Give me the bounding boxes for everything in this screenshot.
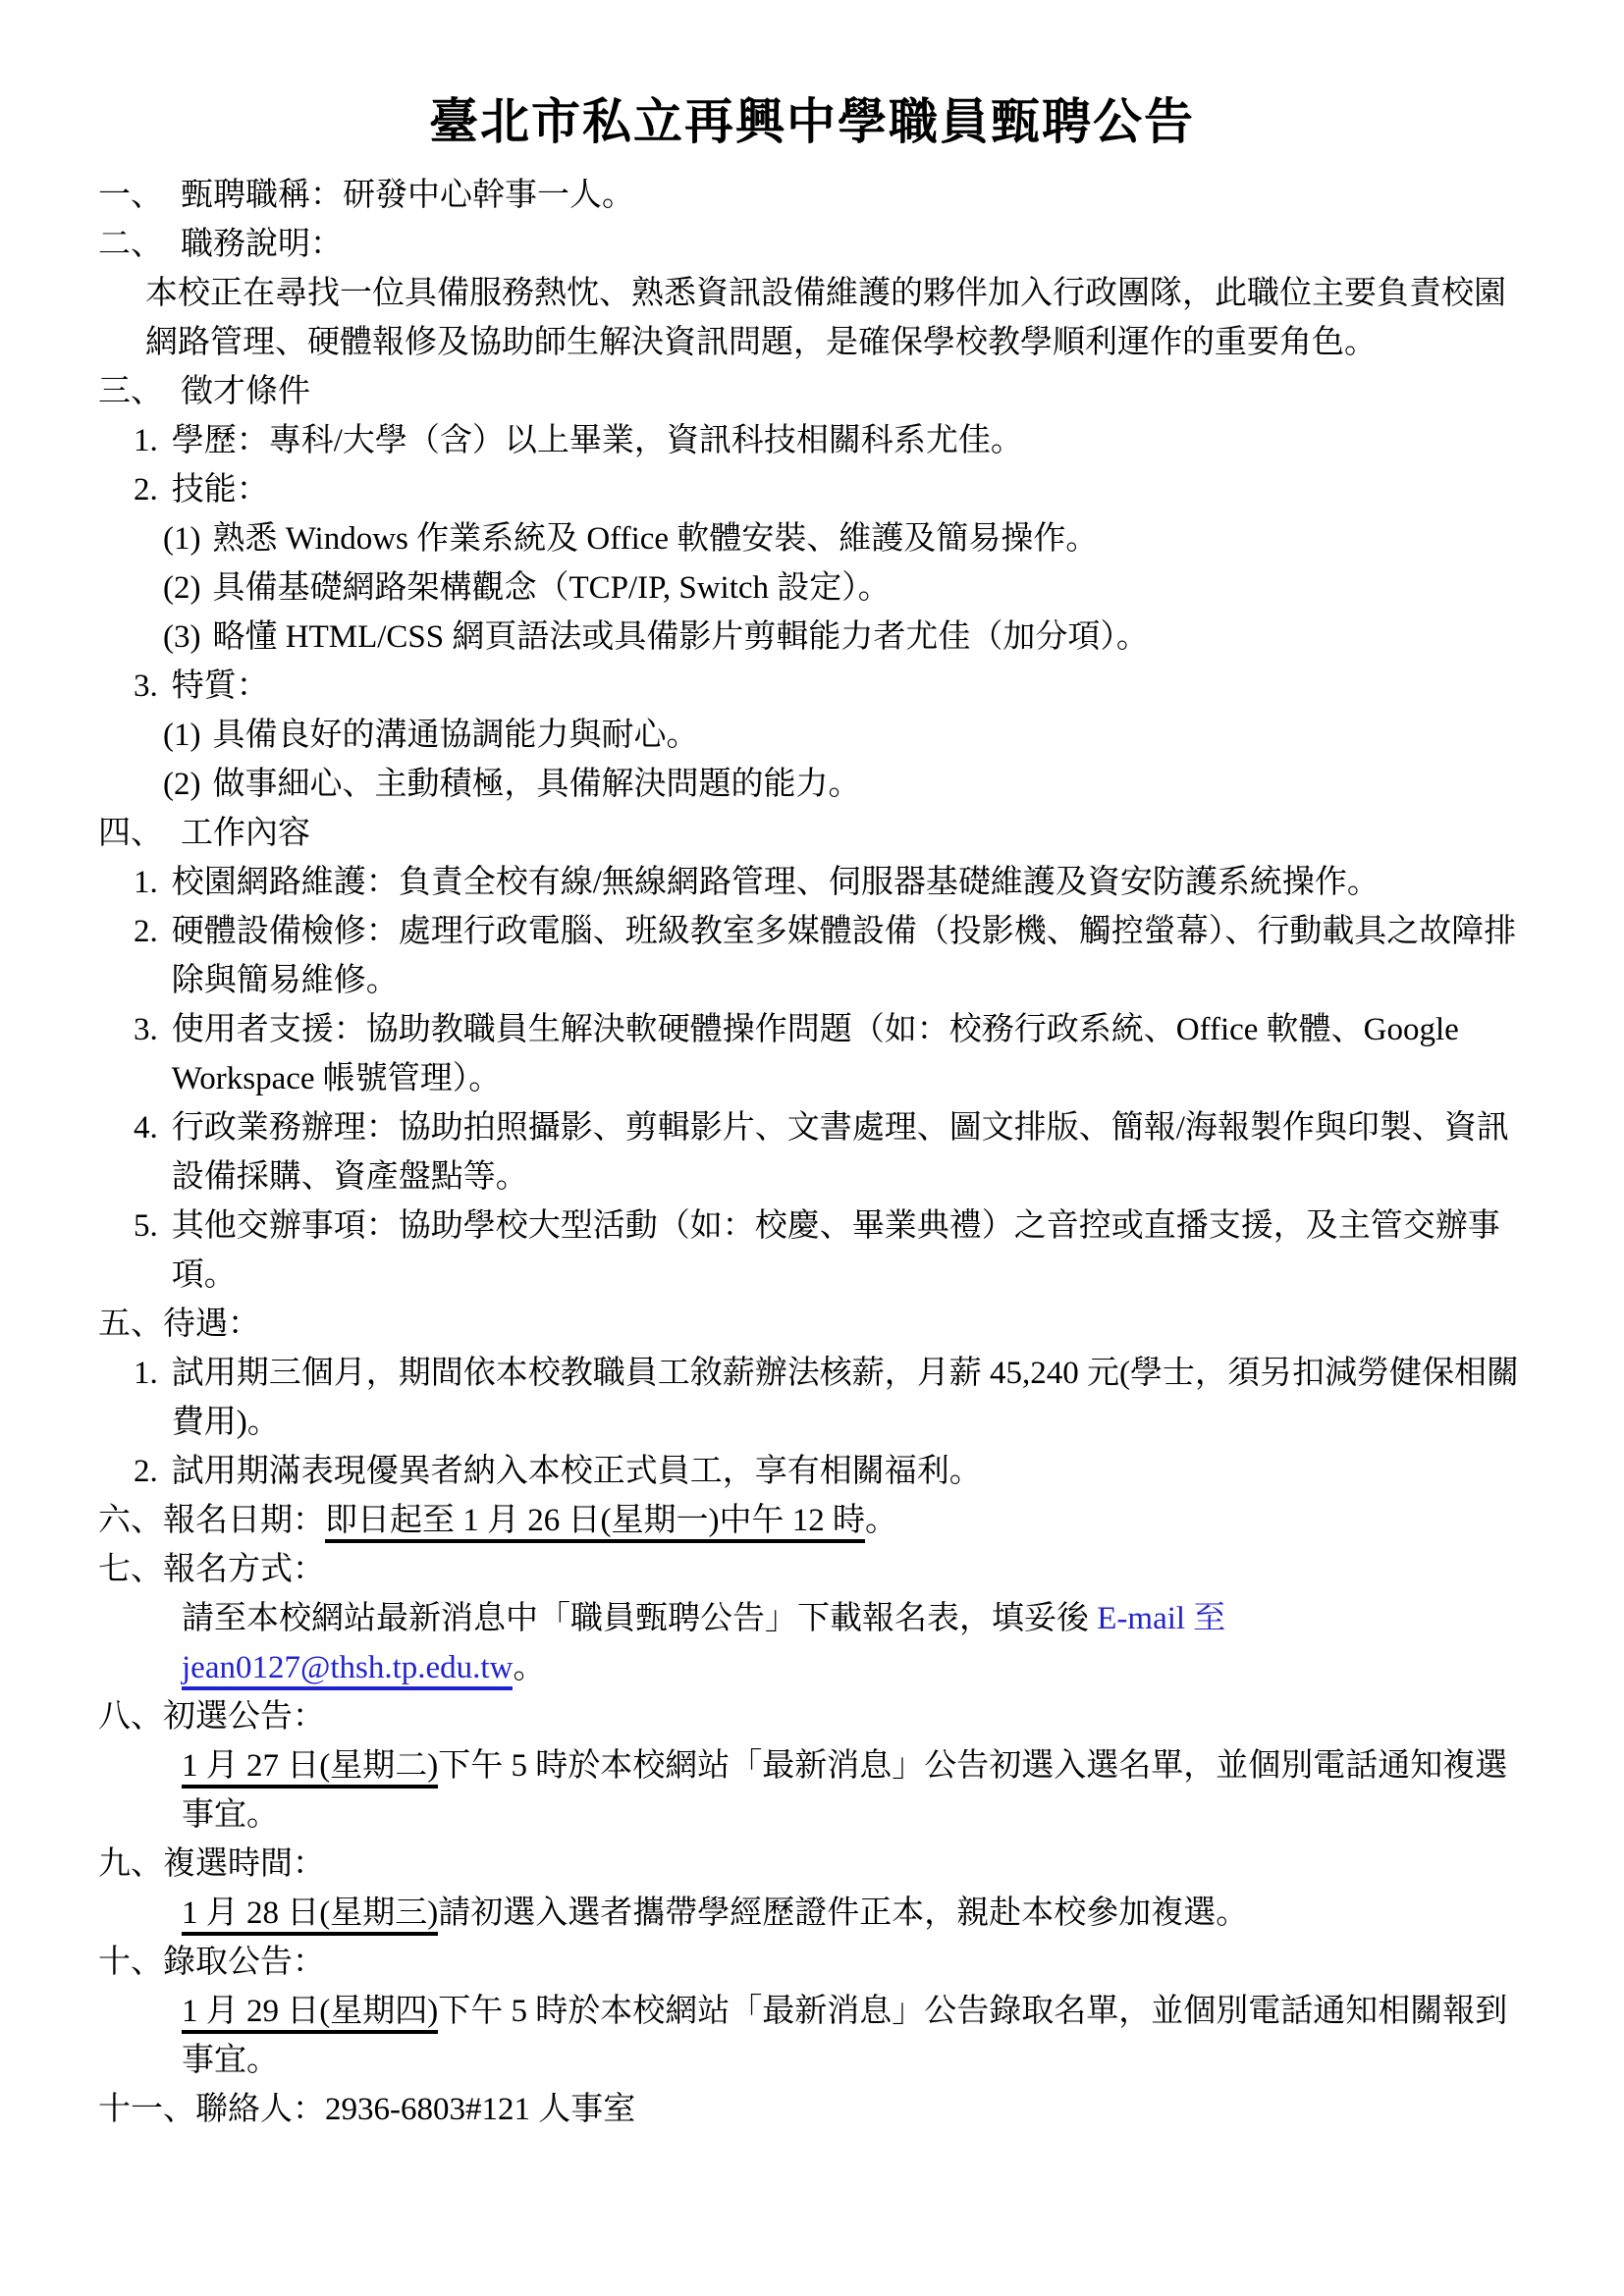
section-6-number: 六、 <box>98 1496 163 1545</box>
item-number: 2. <box>134 1447 158 1496</box>
section-10-paragraph: 1 月 29 日(星期四)下午 5 時於本校網站「最新消息」公告錄取名單，並個別… <box>182 1987 1526 2085</box>
section-3-item-3: 3. 特質： <box>134 662 1526 711</box>
section-3-item-3-sub-2: (2) 做事細心、主動積極，具備解決問題的能力。 <box>163 760 1526 809</box>
section-3-item-2-sub-1: (1) 熟悉 Windows 作業系統及 Office 軟體安裝、維護及簡易操作… <box>163 514 1526 563</box>
section-3-number: 三、 <box>98 367 163 416</box>
section-4-heading: 工作內容 <box>181 809 1526 858</box>
section-8-heading: 初選公告： <box>163 1692 1526 1741</box>
section-10-number: 十、 <box>98 1938 163 1987</box>
first-round-date-underlined: 1 月 27 日(星期二) <box>182 1748 438 1789</box>
section-4-item-5: 5. 其他交辦事項：協助學校大型活動（如：校慶、畢業典禮）之音控或直播支援，及主… <box>134 1201 1526 1300</box>
item-text: 特質： <box>172 662 1526 711</box>
sub-item-number: (1) <box>163 711 200 760</box>
section-5-item-1: 1. 試用期三個月，期間依本校教職員工敘薪辦法核薪，月薪 45,240 元(學士… <box>134 1349 1526 1447</box>
sub-item-text: 熟悉 Windows 作業系統及 Office 軟體安裝、維護及簡易操作。 <box>212 514 1526 563</box>
section-1: 一、 甄聘職稱：研發中心幹事一人。 <box>98 171 1526 220</box>
section-8-number: 八、 <box>98 1692 163 1741</box>
email-tail: 。 <box>513 1650 545 1685</box>
item-number: 2. <box>134 465 158 514</box>
section-7-paragraph: 請至本校網站最新消息中「職員甄聘公告」下載報名表，填妥後 E-mail 至 je… <box>182 1594 1526 1692</box>
sub-item-number: (2) <box>163 563 200 613</box>
sub-item-text: 略懂 HTML/CSS 網頁語法或具備影片剪輯能力者尤佳（加分項）。 <box>212 613 1526 662</box>
item-text: 技能： <box>172 465 1526 514</box>
section-4: 四、 工作內容 <box>98 809 1526 858</box>
sub-item-text: 具備良好的溝通協調能力與耐心。 <box>212 711 1526 760</box>
email-lead-in: E-mail 至 <box>1097 1601 1225 1636</box>
section-11: 十一、 聯絡人：2936-6803#121 人事室 <box>98 2085 1526 2134</box>
section-10-heading: 錄取公告： <box>163 1938 1526 1987</box>
section-4-item-2: 2. 硬體設備檢修：處理行政電腦、班級教室多媒體設備（投影機、觸控螢幕）、行動載… <box>134 907 1526 1005</box>
section-3-item-1: 1. 學歷：專科/大學（含）以上畢業，資訊科技相關科系尤佳。 <box>134 416 1526 465</box>
section-7-paragraph-text: 請至本校網站最新消息中「職員甄聘公告」下載報名表，填妥後 <box>182 1601 1097 1636</box>
section-4-item-3: 3. 使用者支援：協助教職員生解決軟硬體操作問題（如：校務行政系統、Office… <box>134 1005 1526 1103</box>
section-4-number: 四、 <box>98 809 163 858</box>
second-round-date-underlined: 1 月 28 日(星期三) <box>182 1896 438 1936</box>
section-6-label: 報名日期： <box>163 1503 325 1538</box>
item-number: 4. <box>134 1103 158 1152</box>
section-3-item-3-sub-1: (1) 具備良好的溝通協調能力與耐心。 <box>163 711 1526 760</box>
email-link[interactable]: jean0127@thsh.tp.edu.tw <box>182 1650 513 1690</box>
section-5-number: 五、 <box>98 1300 163 1349</box>
section-11-number: 十一、 <box>98 2085 195 2134</box>
section-7: 七、 報名方式： <box>98 1545 1526 1594</box>
sub-item-text: 做事細心、主動積極，具備解決問題的能力。 <box>212 760 1526 809</box>
section-6-text: 報名日期：即日起至 1 月 26 日(星期一)中午 12 時。 <box>163 1496 1526 1545</box>
item-text: 校園網路維護：負責全校有線/無線網路管理、伺服器基礎維護及資安防護系統操作。 <box>172 858 1526 907</box>
contact-info: 聯絡人：2936-6803#121 人事室 <box>195 2085 1526 2134</box>
section-7-heading: 報名方式： <box>163 1545 1526 1594</box>
sub-item-number: (1) <box>163 514 200 563</box>
section-8-paragraph: 1 月 27 日(星期二)下午 5 時於本校網站「最新消息」公告初選入選名單，並… <box>182 1741 1526 1840</box>
item-number: 1. <box>134 1349 158 1398</box>
section-3-item-2-sub-2: (2) 具備基礎網路架構觀念（TCP/IP, Switch 設定）。 <box>163 563 1526 613</box>
section-9: 九、 複選時間： <box>98 1840 1526 1889</box>
section-9-paragraph: 1 月 28 日(星期三)請初選入選者攜帶學經歷證件正本，親赴本校參加複選。 <box>182 1889 1526 1938</box>
section-2-heading: 職務說明： <box>181 220 1526 269</box>
section-3: 三、 徵才條件 <box>98 367 1526 416</box>
deadline-underlined-text: 即日起至 1 月 26 日(星期一)中午 12 時 <box>325 1503 865 1543</box>
item-number: 2. <box>134 907 158 956</box>
item-text: 行政業務辦理：協助拍照攝影、剪輯影片、文書處理、圖文排版、簡報/海報製作與印製、… <box>172 1103 1526 1201</box>
item-text: 學歷：專科/大學（含）以上畢業，資訊科技相關科系尤佳。 <box>172 416 1526 465</box>
item-text: 其他交辦事項：協助學校大型活動（如：校慶、畢業典禮）之音控或直播支援，及主管交辦… <box>172 1201 1526 1300</box>
section-3-item-2: 2. 技能： <box>134 465 1526 514</box>
admission-date-underlined: 1 月 29 日(星期四) <box>182 1994 438 2034</box>
section-8: 八、 初選公告： <box>98 1692 1526 1741</box>
section-4-item-1: 1. 校園網路維護：負責全校有線/無線網路管理、伺服器基礎維護及資安防護系統操作… <box>134 858 1526 907</box>
section-6: 六、 報名日期：即日起至 1 月 26 日(星期一)中午 12 時。 <box>98 1496 1526 1545</box>
item-number: 1. <box>134 416 158 465</box>
section-5-item-2: 2. 試用期滿表現優異者納入本校正式員工，享有相關福利。 <box>134 1447 1526 1496</box>
section-9-paragraph-text: 請初選入選者攜帶學經歷證件正本，親赴本校參加複選。 <box>438 1896 1248 1931</box>
item-number: 3. <box>134 662 158 711</box>
section-1-text: 甄聘職稱：研發中心幹事一人。 <box>181 171 1526 220</box>
item-text: 使用者支援：協助教職員生解決軟硬體操作問題（如：校務行政系統、Office 軟體… <box>172 1005 1526 1103</box>
section-9-heading: 複選時間： <box>163 1840 1526 1889</box>
section-5: 五、 待遇： <box>98 1300 1526 1349</box>
item-text: 硬體設備檢修：處理行政電腦、班級教室多媒體設備（投影機、觸控螢幕）、行動載具之故… <box>172 907 1526 1005</box>
section-2-paragraph: 本校正在尋找一位具備服務熱忱、熟悉資訊設備維護的夥伴加入行政團隊，此職位主要負責… <box>145 269 1526 367</box>
page-title: 臺北市私立再興中學職員甄聘公告 <box>98 86 1526 157</box>
sub-item-text: 具備基礎網路架構觀念（TCP/IP, Switch 設定）。 <box>212 563 1526 613</box>
section-2-number: 二、 <box>98 220 163 269</box>
section-9-number: 九、 <box>98 1840 163 1889</box>
item-text: 試用期三個月，期間依本校教職員工敘薪辦法核薪，月薪 45,240 元(學士，須另… <box>172 1349 1526 1447</box>
sub-item-number: (2) <box>163 760 200 809</box>
section-2: 二、 職務說明： <box>98 220 1526 269</box>
section-7-number: 七、 <box>98 1545 163 1594</box>
document-page: 臺北市私立再興中學職員甄聘公告 一、 甄聘職稱：研發中心幹事一人。 二、 職務說… <box>0 0 1624 2296</box>
section-4-item-4: 4. 行政業務辦理：協助拍照攝影、剪輯影片、文書處理、圖文排版、簡報/海報製作與… <box>134 1103 1526 1201</box>
section-3-item-2-sub-3: (3) 略懂 HTML/CSS 網頁語法或具備影片剪輯能力者尤佳（加分項）。 <box>163 613 1526 662</box>
sub-item-number: (3) <box>163 613 200 662</box>
item-number: 3. <box>134 1005 158 1054</box>
section-6-tail: 。 <box>865 1503 897 1538</box>
item-text: 試用期滿表現優異者納入本校正式員工，享有相關福利。 <box>172 1447 1526 1496</box>
item-number: 1. <box>134 858 158 907</box>
item-number: 5. <box>134 1201 158 1251</box>
section-10: 十、 錄取公告： <box>98 1938 1526 1987</box>
section-5-heading: 待遇： <box>163 1300 1526 1349</box>
section-3-heading: 徵才條件 <box>181 367 1526 416</box>
section-1-number: 一、 <box>98 171 163 220</box>
